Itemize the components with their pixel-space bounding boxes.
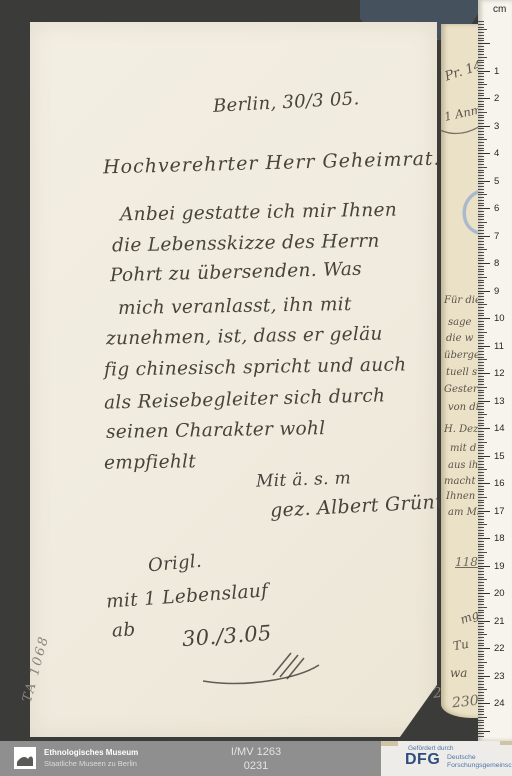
- ruler-tick: [478, 145, 484, 146]
- ruler-tick: [478, 676, 490, 677]
- ruler-tick: [478, 57, 487, 58]
- ruler-tick: [478, 302, 484, 303]
- ruler-tick: [478, 472, 484, 473]
- ruler-tick: [478, 337, 484, 338]
- ruler-number: 13: [494, 396, 510, 407]
- ruler-tick: [478, 579, 487, 580]
- dfg-logo: DFG: [405, 751, 440, 769]
- ruler-tick: [478, 527, 484, 528]
- ruler-tick: [478, 76, 484, 77]
- ruler-tick: [478, 434, 484, 435]
- ruler-tick: [478, 425, 484, 426]
- ruler-tick: [478, 662, 487, 663]
- ruler-tick: [478, 156, 484, 157]
- ruler-tick: [478, 692, 484, 693]
- ruler-tick: [478, 511, 490, 512]
- ruler-tick: [478, 32, 484, 33]
- ruler-tick: [478, 395, 484, 396]
- ruler-tick: [478, 489, 484, 490]
- ruler-tick: [478, 442, 487, 443]
- ruler-number: 15: [494, 451, 510, 462]
- ruler-tick: [478, 709, 484, 710]
- ruler-tick: [478, 431, 484, 432]
- ruler-tick: [478, 225, 484, 226]
- letter-closing: Mit ä. s. m: [256, 468, 352, 491]
- ruler-tick: [478, 500, 484, 501]
- ruler-tick: [478, 601, 484, 602]
- document-id-line2: 0231: [176, 760, 336, 774]
- ruler-tick: [478, 208, 490, 209]
- ruler-tick: [478, 271, 484, 272]
- ruler-tick: [478, 469, 487, 470]
- ruler-number: 20: [494, 588, 510, 599]
- ruler-tick: [478, 175, 484, 176]
- ruler-tick: [478, 568, 484, 569]
- ruler-tick: [478, 115, 484, 116]
- ruler-tick: [478, 24, 484, 25]
- ruler-number: 23: [494, 671, 510, 682]
- ruler-tick: [478, 73, 484, 74]
- ruler-tick: [478, 467, 484, 468]
- ruler-tick: [478, 142, 484, 143]
- ruler-tick: [478, 335, 484, 336]
- ruler-tick: [478, 733, 484, 734]
- ruler-tick: [478, 35, 484, 36]
- ruler-tick: [478, 315, 484, 316]
- ruler-tick: [478, 590, 484, 591]
- ruler-tick: [478, 318, 490, 319]
- ruler-tick: [478, 698, 484, 699]
- ruler-tick: [478, 588, 484, 589]
- ruler-tick: [478, 478, 484, 479]
- ruler-tick: [478, 351, 484, 352]
- ruler-tick: [478, 293, 484, 294]
- ruler-tick: [478, 194, 487, 195]
- ruler-number: 14: [494, 423, 510, 434]
- ruler-tick: [478, 62, 484, 63]
- ruler-tick: [478, 736, 484, 737]
- signature-flourish: [195, 645, 325, 690]
- ruler-tick: [478, 456, 490, 457]
- ruler-tick: [478, 464, 484, 465]
- paper-corner: [381, 741, 398, 746]
- ruler-tick: [478, 571, 484, 572]
- ruler-tick: [478, 497, 487, 498]
- ruler-tick: [478, 706, 484, 707]
- ruler-tick: [478, 236, 490, 237]
- ruler-tick: [478, 60, 484, 61]
- ruler-tick: [478, 552, 487, 553]
- ruler-tick: [478, 280, 484, 281]
- ruler-tick: [478, 516, 484, 517]
- ruler-tick: [478, 357, 484, 358]
- ruler-tick: [478, 109, 484, 110]
- ruler-tick: [478, 150, 484, 151]
- ruler-tick: [478, 717, 487, 718]
- ruler-tick: [478, 27, 484, 28]
- ruler-tick: [478, 447, 484, 448]
- ruler-tick: [478, 71, 490, 72]
- ruler-tick: [478, 615, 484, 616]
- ruler-tick: [478, 269, 484, 270]
- ruler-tick: [478, 153, 490, 154]
- letter-line: empfiehlt: [104, 451, 196, 474]
- ruler-tick: [478, 137, 484, 138]
- ruler-tick: [478, 722, 484, 723]
- ruler-tick: [478, 87, 484, 88]
- ruler-tick: [478, 596, 484, 597]
- ruler-tick: [478, 178, 484, 179]
- scan-viewport: Berlin, 30/3 05. Hochverehrter Herr Gehe…: [0, 0, 512, 776]
- museum-name: Ethnologisches Museum: [44, 748, 138, 759]
- ruler-tick: [478, 376, 484, 377]
- ruler-tick: [478, 560, 484, 561]
- ruler-tick: [478, 304, 487, 305]
- ruler-tick: [478, 117, 484, 118]
- ruler-number: 24: [494, 698, 510, 709]
- ruler-tick: [478, 483, 490, 484]
- ruler-tick: [478, 354, 484, 355]
- ruler-tick: [478, 623, 484, 624]
- ruler-tick: [478, 670, 484, 671]
- ruler-tick: [478, 134, 484, 135]
- ruler-tick: [478, 530, 484, 531]
- ruler-tick: [478, 390, 484, 391]
- ruler-tick: [478, 159, 484, 160]
- ruler-tick: [478, 678, 484, 679]
- ruler-tick: [478, 214, 484, 215]
- ruler-tick: [478, 574, 484, 575]
- page-fragment: wa: [450, 666, 467, 680]
- ruler-tick: [478, 82, 484, 83]
- ruler-tick: [478, 387, 487, 388]
- museum-logo-icon: [14, 747, 36, 769]
- ruler-tick: [478, 197, 484, 198]
- ruler-tick: [478, 238, 484, 239]
- ruler-tick: [478, 43, 490, 44]
- ruler-tick: [478, 711, 484, 712]
- ruler-tick: [478, 112, 487, 113]
- paper-corner: [500, 741, 512, 745]
- page-fragment: die w: [446, 333, 473, 344]
- ruler-tick: [478, 277, 487, 278]
- ruler-tick: [478, 563, 484, 564]
- ruler-tick: [478, 65, 484, 66]
- ruler-tick: [478, 54, 484, 55]
- ruler-tick: [478, 49, 484, 50]
- ruler-tick: [478, 533, 484, 534]
- ruler-tick: [478, 164, 484, 165]
- ruler-tick: [478, 321, 484, 322]
- ruler-tick: [478, 494, 484, 495]
- ruler-tick: [478, 423, 484, 424]
- ruler-tick: [478, 700, 484, 701]
- ruler-tick: [478, 632, 484, 633]
- ruler-tick: [478, 205, 484, 206]
- ruler-unit-label: cm: [493, 4, 506, 15]
- ruler-tick: [478, 665, 484, 666]
- ruler-tick: [478, 585, 484, 586]
- ruler-tick: [478, 38, 484, 39]
- ruler-tick: [478, 84, 487, 85]
- ruler-tick: [478, 593, 490, 594]
- dfg-name-line2: Forschungsgemeinschaft: [447, 762, 512, 770]
- ruler-tick: [478, 651, 484, 652]
- ruler-tick: [478, 439, 484, 440]
- ruler-tick: [478, 475, 484, 476]
- ruler-tick: [478, 689, 487, 690]
- ruler-tick: [478, 285, 484, 286]
- ruler-tick: [478, 90, 484, 91]
- ruler-tick: [478, 343, 484, 344]
- ruler-tick: [478, 200, 484, 201]
- ruler-tick: [478, 359, 487, 360]
- ruler-tick: [478, 535, 484, 536]
- ruler-number: 4: [494, 148, 510, 159]
- ruler-tick: [478, 370, 484, 371]
- ruler-tick: [478, 728, 484, 729]
- ruler-tick: [478, 244, 484, 245]
- ruler-tick: [478, 656, 484, 657]
- ruler-tick: [478, 505, 484, 506]
- ruler-tick: [478, 29, 487, 30]
- institution-block: Ethnologisches Museum Staatliche Museen …: [44, 748, 138, 769]
- ruler-tick: [478, 502, 484, 503]
- ruler-tick: [478, 519, 484, 520]
- ruler-tick: [478, 508, 484, 509]
- ruler-tick: [478, 544, 484, 545]
- ruler-tick: [478, 557, 484, 558]
- ruler-tick: [478, 538, 490, 539]
- ruler-tick: [478, 524, 487, 525]
- ruler-tick: [478, 95, 484, 96]
- page-fragment: tuell s: [446, 367, 477, 378]
- ruler-tick: [478, 445, 484, 446]
- ruler-tick: [478, 170, 484, 171]
- ruler-tick: [478, 684, 484, 685]
- ruler-tick: [478, 313, 484, 314]
- ruler-number: 1: [494, 66, 510, 77]
- ruler-tick: [478, 403, 484, 404]
- ruler-tick: [478, 667, 484, 668]
- ruler-tick: [478, 329, 484, 330]
- ruler-tick: [478, 392, 484, 393]
- ruler-tick: [478, 629, 484, 630]
- ruler-number: 10: [494, 313, 510, 324]
- ruler-number: 12: [494, 368, 510, 379]
- ruler-tick: [478, 299, 484, 300]
- ruler-tick: [478, 40, 484, 41]
- letter-line: seinen Charakter wohl: [106, 418, 326, 443]
- document-id-line1: I/MV 1263: [176, 746, 336, 760]
- ruler-tick: [478, 428, 490, 429]
- ruler-tick: [478, 93, 484, 94]
- ruler-tick: [478, 249, 487, 250]
- ruler-tick: [478, 216, 484, 217]
- ruler-tick: [478, 491, 484, 492]
- ruler-tick: [478, 263, 490, 264]
- ruler-tick: [478, 640, 484, 641]
- ruler-tick: [478, 21, 484, 22]
- ruler-tick: [478, 626, 484, 627]
- ruler-tick: [478, 183, 484, 184]
- ruler-tick: [478, 161, 484, 162]
- ruler-tick: [478, 450, 484, 451]
- ruler-tick: [478, 368, 484, 369]
- page-fragment: sage: [448, 317, 471, 328]
- ruler-tick: [478, 618, 484, 619]
- ruler-tick: [478, 513, 484, 514]
- ruler-tick: [478, 274, 484, 275]
- page-fragment: aus ih: [448, 460, 478, 471]
- pencil-number: 118: [455, 555, 478, 569]
- ruler-tick: [478, 381, 484, 382]
- ruler-tick: [478, 296, 484, 297]
- ruler-tick: [478, 307, 484, 308]
- ruler-tick: [478, 414, 487, 415]
- ruler-tick: [478, 420, 484, 421]
- ruler-number: 11: [494, 341, 510, 352]
- ruler-tick: [478, 51, 484, 52]
- ruler-tick: [478, 98, 490, 99]
- ruler-number: 7: [494, 231, 510, 242]
- ruler-number: 18: [494, 533, 510, 544]
- ruler-tick: [478, 604, 484, 605]
- ruler-number: 16: [494, 478, 510, 489]
- ruler-tick: [478, 703, 490, 704]
- ruler-tick: [478, 282, 484, 283]
- ruler-tick: [478, 659, 484, 660]
- ruler-tick: [478, 123, 484, 124]
- ruler-number: 3: [494, 121, 510, 132]
- ruler-tick: [478, 612, 484, 613]
- ruler-tick: [478, 233, 484, 234]
- dfg-block: Gefördert durch DFG Deutsche Forschungsg…: [381, 741, 512, 776]
- ruler-tick: [478, 621, 490, 622]
- ruler-number: 9: [494, 286, 510, 297]
- ruler-tick: [478, 409, 484, 410]
- ruler-tick: [478, 120, 484, 121]
- ruler-tick: [478, 186, 484, 187]
- ruler-tick: [478, 79, 484, 80]
- ruler-tick: [478, 731, 490, 732]
- ruler-number: 21: [494, 616, 510, 627]
- ruler-tick: [478, 687, 484, 688]
- ruler-tick: [478, 695, 484, 696]
- ruler-tick: [478, 566, 490, 567]
- ruler-tick: [478, 546, 484, 547]
- ruler-tick: [478, 673, 484, 674]
- ruler-tick: [478, 203, 484, 204]
- footer-bar: Ethnologisches Museum Staatliche Museen …: [0, 741, 512, 776]
- ruler-tick: [478, 453, 484, 454]
- ruler-tick: [478, 373, 490, 374]
- ruler-number: 19: [494, 561, 510, 572]
- ruler-tick: [478, 46, 484, 47]
- ruler-tick: [478, 288, 484, 289]
- ruler-tick: [478, 310, 484, 311]
- ruler-tick: [478, 582, 484, 583]
- ruler: cm 1234567891011121314151617181920212223…: [478, 0, 512, 741]
- ruler-tick: [478, 406, 484, 407]
- ruler-tick: [478, 230, 484, 231]
- ruler-tick: [478, 260, 484, 261]
- ruler-tick: [478, 252, 484, 253]
- ruler-tick: [478, 266, 484, 267]
- ruler-tick: [478, 189, 484, 190]
- ruler-tick: [478, 219, 484, 220]
- ruler-tick: [478, 681, 484, 682]
- ruler-tick: [478, 549, 484, 550]
- page-fragment: von di: [448, 402, 479, 413]
- ruler-tick: [478, 326, 484, 327]
- ruler-number: 22: [494, 643, 510, 654]
- ruler-tick: [478, 211, 484, 212]
- ruler-tick: [478, 340, 484, 341]
- page-fragment: Für die: [444, 295, 481, 306]
- ruler-tick: [478, 365, 484, 366]
- ruler-tick: [478, 577, 484, 578]
- ruler-tick: [478, 167, 487, 168]
- ruler-tick: [478, 247, 484, 248]
- ruler-tick: [478, 461, 484, 462]
- pencil-page-number-next: 230: [451, 693, 479, 712]
- page-fragment: Tu: [452, 637, 470, 654]
- ruler-tick: [478, 192, 484, 193]
- ruler-tick: [478, 384, 484, 385]
- ruler-number: 2: [494, 93, 510, 104]
- ruler-tick: [478, 541, 484, 542]
- ruler-tick: [478, 398, 484, 399]
- page-fragment: mit d: [450, 443, 476, 454]
- ruler-tick: [478, 241, 484, 242]
- ruler-tick: [478, 436, 484, 437]
- ruler-tick: [478, 348, 484, 349]
- museum-subtitle: Staatliche Museen zu Berlin: [44, 759, 138, 769]
- ruler-tick: [478, 106, 484, 107]
- ruler-tick: [478, 654, 484, 655]
- ruler-tick: [478, 607, 487, 608]
- ruler-tick: [478, 222, 487, 223]
- ruler-tick: [478, 714, 484, 715]
- ruler-tick: [478, 643, 484, 644]
- letter-note: ab: [111, 619, 136, 641]
- page-fragment: Ihnen: [446, 491, 475, 502]
- ruler-tick: [478, 645, 484, 646]
- ruler-tick: [478, 362, 484, 363]
- dfg-name-line1: Deutsche: [447, 754, 512, 762]
- ruler-tick: [478, 101, 484, 102]
- ruler-number: 8: [494, 258, 510, 269]
- ruler-tick: [478, 227, 484, 228]
- ruler-tick: [478, 131, 484, 132]
- ruler-number: 5: [494, 176, 510, 187]
- ruler-tick: [478, 258, 484, 259]
- ruler-number: 17: [494, 506, 510, 517]
- ruler-tick: [478, 417, 484, 418]
- ruler-tick: [478, 126, 490, 127]
- ruler-tick: [478, 68, 484, 69]
- ruler-tick: [478, 480, 484, 481]
- ruler-tick: [478, 148, 484, 149]
- ruler-tick: [478, 181, 490, 182]
- ruler-tick: [478, 401, 490, 402]
- ruler-tick: [478, 634, 487, 635]
- dfg-name: Deutsche Forschungsgemeinschaft: [447, 754, 512, 771]
- ruler-tick: [478, 725, 484, 726]
- document-id: I/MV 1263 0231: [176, 746, 336, 774]
- letter-line: mich veranlasst, ihn mit: [118, 294, 352, 319]
